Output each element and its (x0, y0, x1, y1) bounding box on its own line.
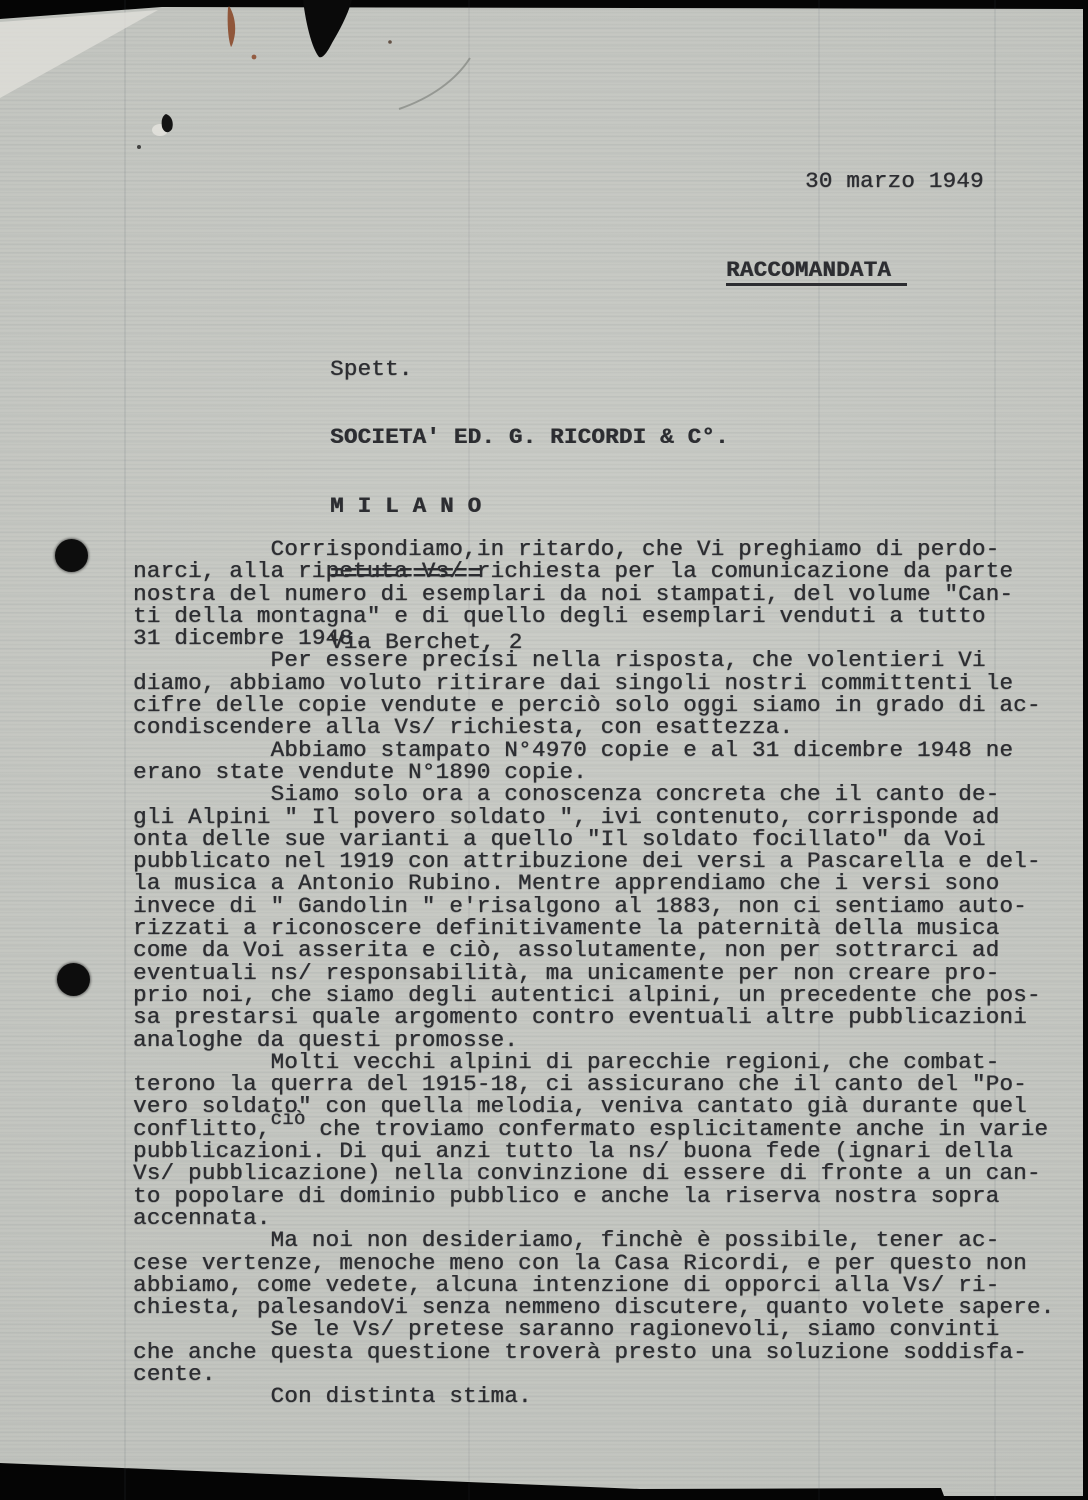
letter-line: condiscendere alla Vs/ richiesta, con es… (133, 716, 1054, 738)
letter-line: cente. (133, 1363, 1054, 1385)
folded-corner-highlight (0, 10, 158, 98)
punch-hole (55, 539, 88, 572)
rust-speck (388, 40, 392, 44)
letter-line: Se le Vs/ pretese saranno ragionevoli, s… (133, 1318, 1054, 1340)
letter-line: erano state vendute N°1890 copie. (133, 761, 1054, 783)
letter-line: ti della montagna" e di quello degli ese… (133, 605, 1054, 627)
letter-line: narci, alla ripetuta Vs/ richiesta per l… (133, 560, 1054, 582)
rust-stain (228, 6, 236, 47)
punch-hole (57, 963, 90, 996)
letter-line: Ma noi non desideriamo, finchè è possibi… (133, 1229, 1054, 1251)
letter-line: Vs/ pubblicazione) nella convinzione di … (133, 1162, 1054, 1184)
letter-line: nostra del numero di esemplari da noi st… (133, 583, 1054, 605)
letter-line: conflitto,ciò che troviamo confermato es… (133, 1118, 1054, 1140)
letter-line: accennata. (133, 1207, 1054, 1229)
letter-line: Abbiamo stampato N°4970 copie e al 31 di… (133, 739, 1054, 761)
letter-line: Corrispondiamo,in ritardo, che Vi preghi… (133, 538, 1054, 560)
letter-line: 31 dicembre 1948. (133, 627, 1054, 649)
letter-line: cifre delle copie vendute e perciò solo … (133, 694, 1054, 716)
letter-date: 30 marzo 1949 (805, 170, 984, 193)
letter-line: abbiamo, come vedete, alcuna intenzione … (133, 1274, 1054, 1296)
recipient-salutation: Spett. (330, 358, 729, 380)
letter-line: Per essere precisi nella risposta, che v… (133, 649, 1054, 671)
pencil-mark (399, 58, 470, 109)
letter-line: prio noi, che siamo degli autentici alpi… (133, 984, 1054, 1006)
letter-line: onta delle sue varianti a quello "Il sol… (133, 828, 1054, 850)
letter-line: eventuali ns/ responsabilità, ma unicame… (133, 962, 1054, 984)
letter-line: terono la querra del 1915-18, ci assicur… (133, 1073, 1054, 1095)
letter-line: invece di " Gandolin " e'risalgono al 18… (133, 895, 1054, 917)
letter-line: chiesta, palesandoVi senza nemmeno discu… (133, 1296, 1054, 1318)
recipient-city: M I L A N O (330, 495, 729, 517)
letter-line: pubblicazioni. Di qui anzi tutto la ns/ … (133, 1140, 1054, 1162)
ink-speck (162, 114, 173, 132)
letter-line: analoghe da questi promosse. (133, 1029, 1054, 1051)
letter-line: che anche questa questione troverà prest… (133, 1341, 1054, 1363)
letter-line: Siamo solo ora a conoscenza concreta che… (133, 783, 1054, 805)
letter-line: cese vertenze, menoche meno con la Casa … (133, 1252, 1054, 1274)
letter-line: Molti vecchi alpini di parecchie regioni… (133, 1051, 1054, 1073)
ink-blot (303, 0, 352, 57)
letter-line: pubblicato nel 1919 con attribuzione dei… (133, 850, 1054, 872)
letter-line: rizzati a riconoscere definitivamente la… (133, 917, 1054, 939)
letter-line: come da Voi asserita e ciò, assolutament… (133, 939, 1054, 961)
ink-speck (137, 145, 141, 149)
letter-line: sa prestarsi quale argomento contro even… (133, 1006, 1054, 1028)
letter-line: gli Alpini " Il povero soldato ", ivi co… (133, 806, 1054, 828)
letter-body: Corrispondiamo,in ritardo, che Vi preghi… (133, 538, 1054, 1408)
letter-line: diamo, abbiamo voluto ritirare dai singo… (133, 672, 1054, 694)
registered-mail-label: RACCOMANDATA (726, 258, 907, 286)
letter-line: la musica a Antonio Rubino. Mentre appre… (133, 872, 1054, 894)
letter-document: 30 marzo 1949 RACCOMANDATA Spett. SOCIET… (0, 0, 1088, 1500)
paper-chip-highlight (152, 124, 168, 136)
letter-line: to popolare di dominio pubblico e anche … (133, 1185, 1054, 1207)
recipient-name: SOCIETA' ED. G. RICORDI & C°. (330, 426, 729, 448)
typed-insertion: ciò (271, 1108, 306, 1130)
rust-speck (252, 55, 257, 60)
letter-line: Con distinta stima. (133, 1385, 1054, 1407)
